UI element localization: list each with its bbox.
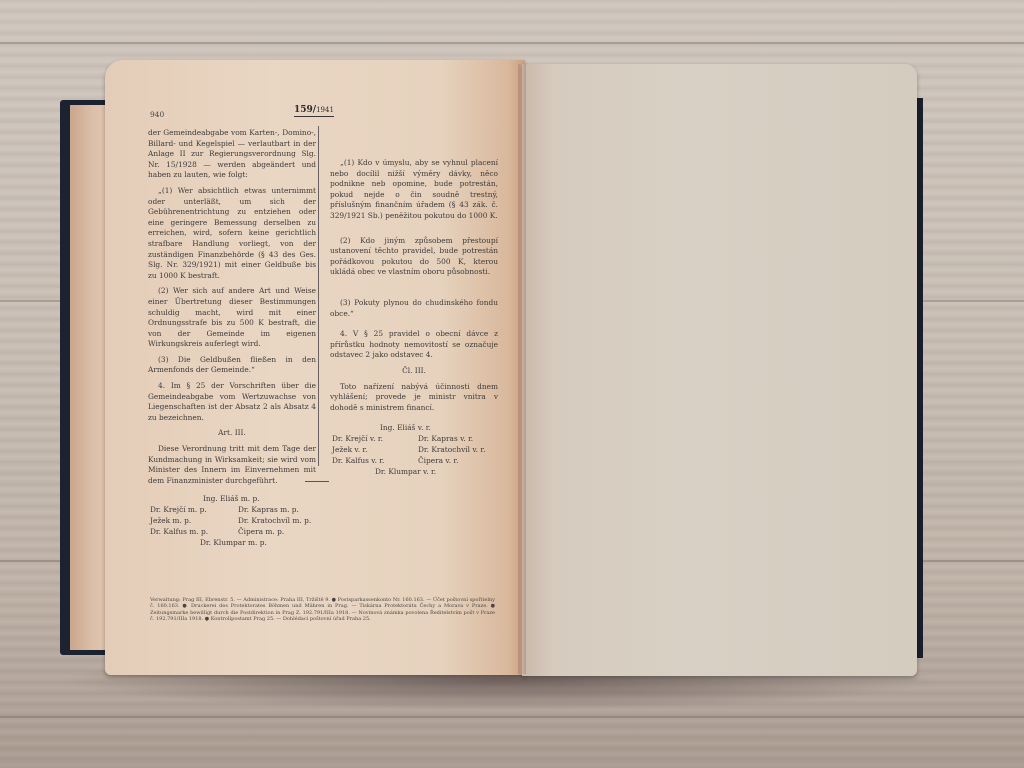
law-number: 159: [294, 105, 313, 115]
end-rule: [305, 481, 329, 482]
signature: Ježek m. p.: [150, 516, 191, 527]
czech-signatures: Ing. Eliáš v. r. Dr. Krejčí v. r.Dr. Kap…: [330, 423, 498, 478]
czech-para-5: Toto nařízení nabývá účinnosti dnem vyhl…: [330, 382, 498, 414]
german-para-1: „(1) Wer absichtlich etwas unternimmt od…: [148, 186, 316, 281]
german-column: der Gemeindeabgabe vom Karten-, Domino-,…: [148, 128, 316, 549]
law-year: 1941: [316, 106, 334, 114]
czech-para-3: (3) Pokuty plynou do chudinského fondu o…: [330, 298, 498, 319]
signature: Ing. Eliáš v. r.: [380, 423, 431, 434]
czech-article-heading: Čl. III.: [330, 366, 498, 377]
signature: Dr. Kapras v. r.: [418, 434, 473, 445]
german-para-4: 4. Im § 25 der Vorschriften über die Gem…: [148, 381, 316, 423]
table-plank-seam: [0, 716, 1024, 718]
signature: Dr. Krejčí m. p.: [150, 505, 207, 516]
signature: Dr. Kratochvíl v. r.: [418, 445, 485, 456]
signature: Dr. Klumpar v. r.: [375, 467, 436, 478]
czech-para-4: 4. V § 25 pravidel o obecní dávce z přír…: [330, 329, 498, 361]
german-intro: der Gemeindeabgabe vom Karten-, Domino-,…: [148, 128, 316, 181]
right-page-blank[interactable]: [522, 64, 917, 676]
column-divider: [318, 126, 319, 466]
german-para-3: (3) Die Geldbußen fließen in den Armenfo…: [148, 355, 316, 376]
german-para-5: Diese Verordnung tritt mit dem Tage der …: [148, 444, 316, 486]
german-para-2: (2) Wer sich auf andere Art und Weise ei…: [148, 286, 316, 350]
signature: Dr. Krejčí v. r.: [332, 434, 383, 445]
signature: Dr. Kratochvíl m. p.: [238, 516, 311, 527]
german-article-heading: Art. III.: [148, 428, 316, 439]
czech-para-2: (2) Kdo jiným způsobem přestoupí ustanov…: [330, 236, 498, 278]
signature: Dr. Kalfus v. r.: [332, 456, 384, 467]
signature: Čipera m. p.: [238, 527, 284, 538]
publisher-imprint: Verwaltung: Prag III, Ebrenstr. 5. — Adm…: [150, 597, 495, 623]
german-signatures: Ing. Eliáš m. p. Dr. Krejčí m. p.Dr. Kap…: [148, 494, 316, 549]
running-head: 159/1941: [294, 105, 334, 117]
signature: Dr. Kalfus m. p.: [150, 527, 208, 538]
signature: Ing. Eliáš m. p.: [203, 494, 260, 505]
signature: Čipera v. r.: [418, 456, 458, 467]
czech-para-1: „(1) Kdo v úmyslu, aby se vyhnul placení…: [330, 158, 498, 222]
signature: Dr. Klumpar m. p.: [200, 538, 267, 549]
signature: Dr. Kapras m. p.: [238, 505, 299, 516]
page-number: 940: [150, 110, 164, 119]
signature: Ježek v. r.: [332, 445, 368, 456]
table-plank-seam: [0, 42, 1024, 44]
book-gutter: [518, 64, 526, 674]
czech-column: „(1) Kdo v úmyslu, aby se vyhnul placení…: [330, 158, 498, 478]
